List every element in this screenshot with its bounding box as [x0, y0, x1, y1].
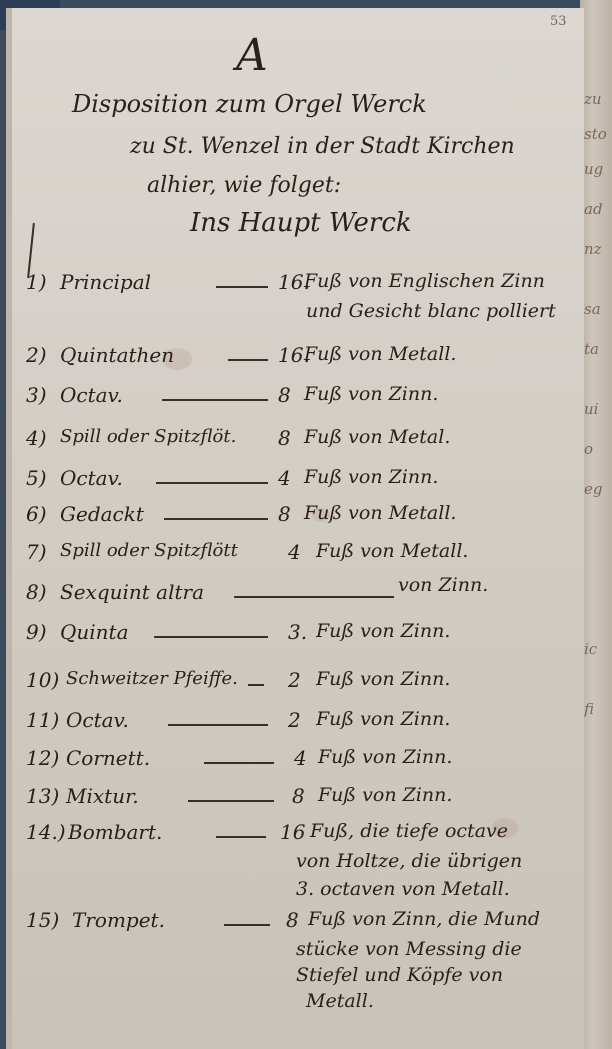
- page-number: 53: [550, 14, 567, 29]
- leader-dash: [164, 518, 268, 520]
- stop-number: 3): [26, 383, 47, 407]
- stop-row: 15) Trompet. 8 Fuß von Zinn, die Mund st…: [26, 908, 586, 1018]
- stop-row: 5) Octav. 4 Fuß von Zinn.: [26, 466, 586, 500]
- stop-name: Octav.: [60, 383, 123, 407]
- stop-number: 10): [26, 668, 59, 692]
- stop-description: Fuß von Englischen Zinn: [304, 270, 545, 292]
- stop-name: Gedackt: [60, 502, 144, 526]
- stop-description: Fuß von Zinn, die Mund: [308, 908, 540, 930]
- leader-dash: [216, 286, 268, 288]
- stop-number: 11): [26, 708, 59, 732]
- stop-description: Fuß von Zinn.: [316, 708, 450, 730]
- bleed-through-text: ug: [584, 160, 603, 178]
- stop-description: Fuß von Zinn.: [316, 668, 450, 690]
- stop-row: 14.) Bombart. 16 Fuß, die tiefe octave v…: [26, 820, 586, 910]
- stop-name: Sexquint altra: [60, 580, 204, 604]
- stop-row: 9) Quinta 3. Fuß von Zinn.: [26, 620, 586, 654]
- bleed-through-text: eg: [584, 480, 602, 498]
- stop-name: Spill oder Spitzflöt.: [60, 426, 236, 447]
- stop-description-cont: und Gesicht blanc polliert: [306, 300, 556, 322]
- stop-row: 6) Gedackt 8 Fuß von Metall.: [26, 502, 586, 536]
- stop-name: Cornett.: [66, 746, 150, 770]
- stop-feet: 8: [286, 908, 299, 932]
- bleed-through-text: sto: [584, 125, 607, 143]
- stop-description: Fuß von Zinn.: [304, 466, 438, 488]
- leader-dash: [188, 800, 274, 802]
- stop-row: 4) Spill oder Spitzflöt. 8 Fuß von Metal…: [26, 426, 586, 460]
- stop-name: Schweitzer Pfeiffe.: [66, 668, 238, 689]
- stop-feet: 4: [288, 540, 301, 564]
- bleed-through-text: sa: [584, 300, 601, 318]
- stop-row: 2) Quintathen 16. Fuß von Metall.: [26, 343, 586, 377]
- stop-feet: 8: [278, 502, 291, 526]
- stop-number: 4): [26, 426, 47, 450]
- bleed-through-text: ta: [584, 340, 599, 358]
- title-line-2: zu St. Wenzel in der Stadt Kirchen: [130, 134, 515, 159]
- stop-name: Octav.: [60, 466, 123, 490]
- stop-description: von Zinn.: [398, 574, 488, 596]
- bleed-through-text: zu: [584, 90, 602, 108]
- stop-description: Fuß von Metall.: [316, 540, 468, 562]
- stop-description-cont: von Holtze, die übrigen: [296, 850, 522, 872]
- stop-description: Fuß von Metall.: [304, 502, 456, 524]
- leader-dash: [224, 924, 270, 926]
- stop-feet: 2: [288, 708, 301, 732]
- stop-name: Trompet.: [72, 908, 165, 932]
- stop-row: 8) Sexquint altra von Zinn.: [26, 580, 586, 614]
- stop-number: 1): [26, 270, 47, 294]
- stop-description: Fuß von Metall.: [304, 343, 456, 365]
- leader-dash: [204, 762, 274, 764]
- stop-description-cont: Metall.: [306, 990, 374, 1012]
- bleed-through-text: ui: [584, 400, 598, 418]
- stop-number: 9): [26, 620, 47, 644]
- stop-feet: 4: [278, 466, 291, 490]
- stop-name: Mixtur.: [66, 784, 139, 808]
- stop-description: Fuß von Metal.: [304, 426, 450, 448]
- leader-dash: [216, 836, 266, 838]
- stop-number: 12): [26, 746, 59, 770]
- title-line-3: alhier, wie folget:: [147, 173, 341, 198]
- leader-dash: [162, 399, 268, 401]
- stop-number: 7): [26, 540, 47, 564]
- stop-description: Fuß von Zinn.: [304, 383, 438, 405]
- stop-number: 5): [26, 466, 47, 490]
- stop-feet: 4: [294, 746, 307, 770]
- stop-feet: 3.: [288, 620, 307, 644]
- stop-row: 12) Cornett. 4 Fuß von Zinn.: [26, 746, 586, 780]
- stop-name: Spill oder Spitzflött: [60, 540, 238, 561]
- leader-dash: [168, 724, 268, 726]
- title-line-1: Disposition zum Orgel Werck: [72, 90, 427, 118]
- stop-name: Bombart.: [68, 820, 162, 844]
- manuscript-page: 53 A Disposition zum Orgel Werck zu St. …: [6, 8, 584, 1049]
- stop-feet: 8: [292, 784, 305, 808]
- section-heading: Ins Haupt Werck: [190, 208, 412, 238]
- stop-number: 15): [26, 908, 59, 932]
- stop-description: Fuß von Zinn.: [316, 620, 450, 642]
- stop-number: 6): [26, 502, 47, 526]
- stop-number: 2): [26, 343, 47, 367]
- stop-feet: 8: [278, 426, 291, 450]
- stop-name: Principal: [60, 270, 151, 294]
- stop-feet: 16: [280, 820, 305, 844]
- stop-row: 11) Octav. 2 Fuß von Zinn.: [26, 708, 586, 742]
- stop-row: 3) Octav. 8 Fuß von Zinn.: [26, 383, 586, 417]
- stop-description-cont: 3. octaven von Metall.: [296, 878, 510, 900]
- stop-name: Quinta: [60, 620, 129, 644]
- stop-feet: 2: [288, 668, 301, 692]
- stop-number: 8): [26, 580, 47, 604]
- stop-description-cont: stücke von Messing die: [296, 938, 522, 960]
- leader-dash: [156, 482, 268, 484]
- bleed-through-text: nz: [584, 240, 602, 258]
- stop-name: Octav.: [66, 708, 129, 732]
- stop-number: 13): [26, 784, 59, 808]
- stop-row: 1) Principal 16. Fuß von Englischen Zinn…: [26, 270, 586, 304]
- leader-dash: [234, 596, 394, 598]
- stop-row: 10) Schweitzer Pfeiffe. 2 Fuß von Zinn.: [26, 668, 586, 702]
- stop-number: 14.): [26, 820, 66, 844]
- leader-dash: [228, 359, 268, 361]
- stop-feet: 8: [278, 383, 291, 407]
- leader-dash: [248, 684, 264, 686]
- stop-description-cont: Stiefel und Köpfe von: [296, 964, 503, 986]
- bleed-through-text: ad: [584, 200, 603, 218]
- stop-description: Fuß von Zinn.: [318, 746, 452, 768]
- stop-row: 7) Spill oder Spitzflött 4 Fuß von Metal…: [26, 540, 586, 574]
- stop-row: 13) Mixtur. 8 Fuß von Zinn.: [26, 784, 586, 818]
- stop-description: Fuß, die tiefe octave: [310, 820, 508, 842]
- stop-name: Quintathen: [60, 343, 174, 367]
- stop-description: Fuß von Zinn.: [318, 784, 452, 806]
- section-letter: A: [236, 30, 268, 81]
- leader-dash: [154, 636, 268, 638]
